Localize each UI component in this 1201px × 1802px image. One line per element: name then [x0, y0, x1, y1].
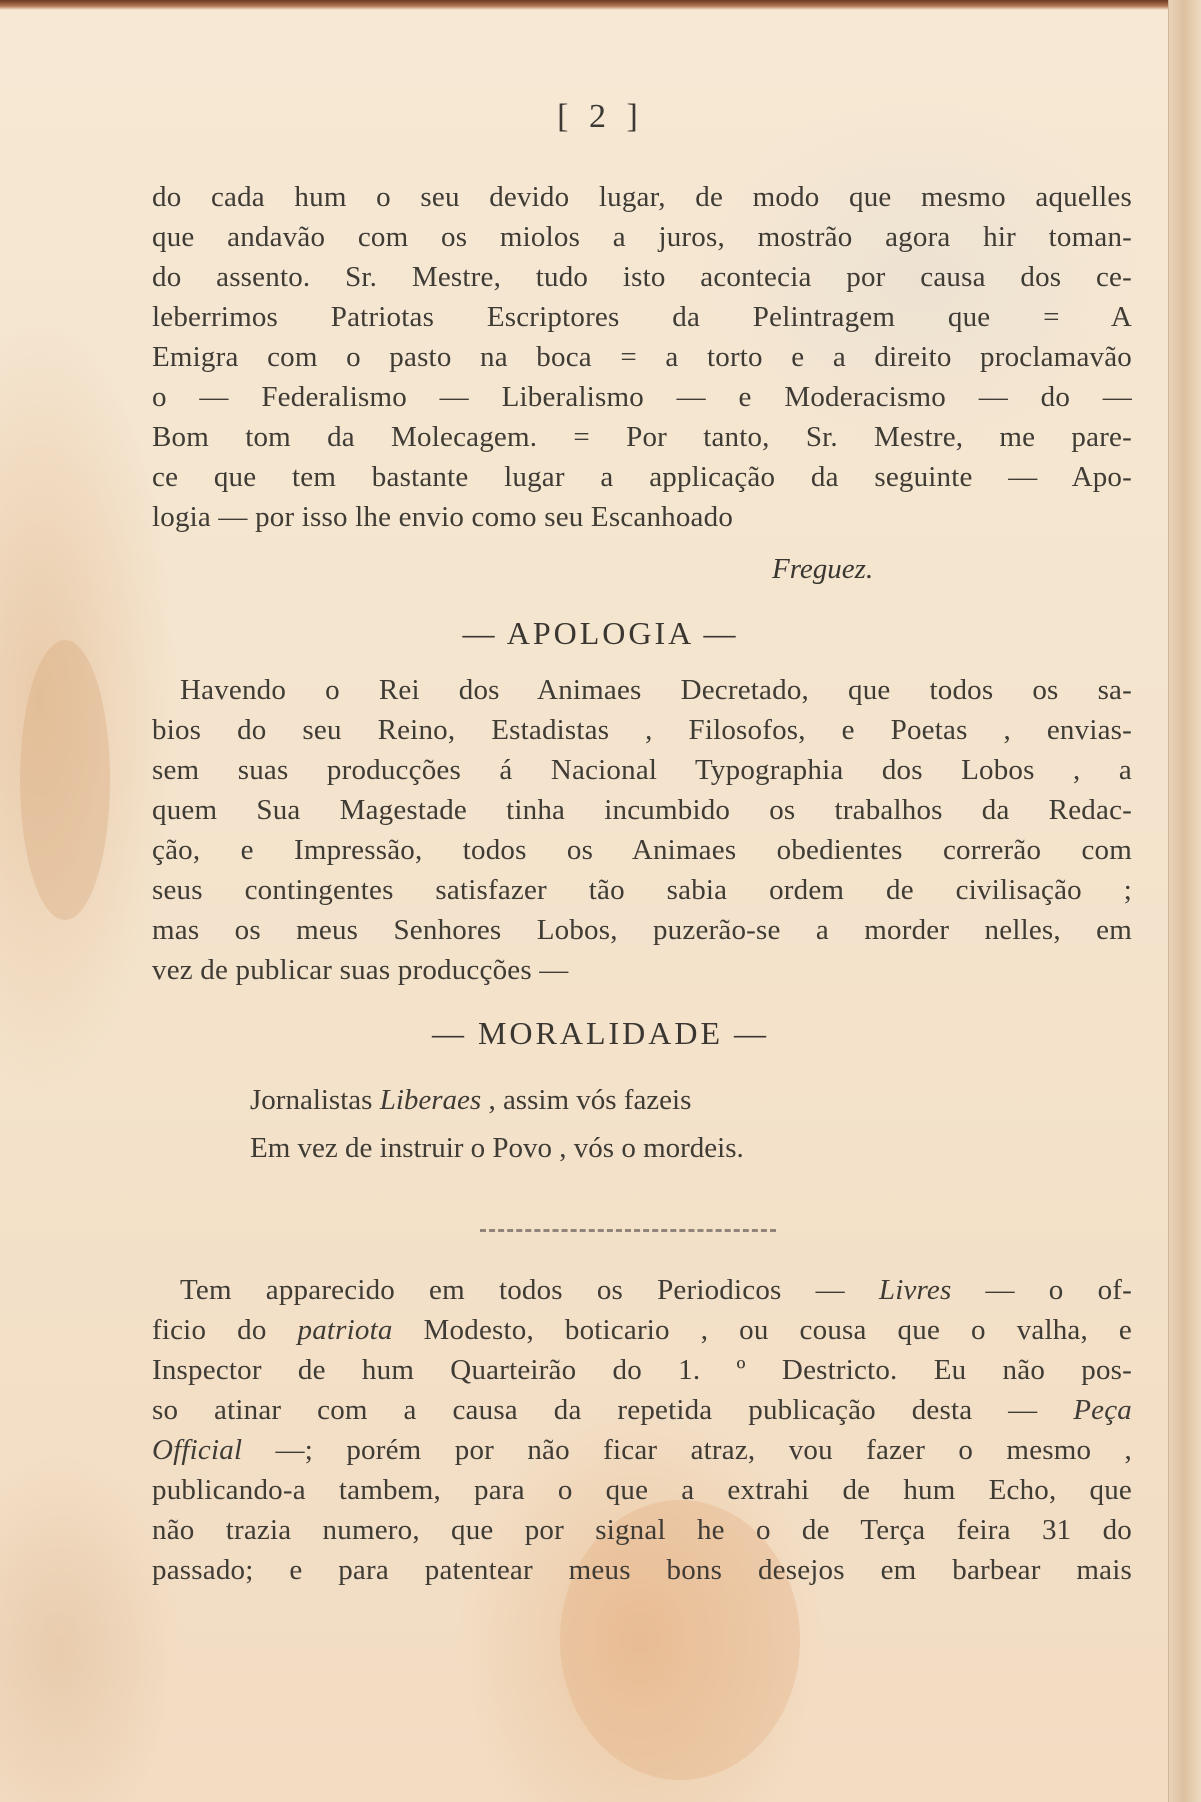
text-line: mas os meus Senhores Lobos, puzerão-se a… [152, 910, 1132, 950]
text-line: do assento. Sr. Mestre, tudo isto aconte… [152, 257, 1132, 297]
text-line: quem Sua Magestade tinha incumbido os tr… [152, 790, 1132, 830]
verse-text: Em vez de instruir o Povo , vós o mordei… [250, 1132, 744, 1164]
text-line: bios do seu Reino, Estadistas , Filosofo… [152, 710, 1132, 750]
text-line: ce que tem bastante lugar a applicação d… [152, 457, 1132, 497]
page-number: [ 2 ] [0, 98, 1201, 136]
text-line: logia — por isso lhe envio como seu Esca… [152, 497, 1132, 537]
text-line: Bom tom da Molecagem. = Por tanto, Sr. M… [152, 417, 1132, 457]
text-line: sem suas producções á Nacional Typograph… [152, 750, 1132, 790]
verse-text: Jornalistas [250, 1084, 380, 1116]
text-line: Inspector de hum Quarteirão do 1. º Dest… [152, 1350, 1132, 1390]
text-line: ficio do patriota Modesto, boticario , o… [152, 1310, 1132, 1350]
text-line: publicando-a tambem, para o que a extrah… [152, 1470, 1132, 1510]
verse-line: Jornalistas Liberaes , assim vós fazeis [250, 1076, 744, 1124]
text-line: leberrimos Patriotas Escriptores da Peli… [152, 297, 1132, 337]
water-stain [20, 640, 110, 920]
text-line: Havendo o Rei dos Animaes Decretado, que… [152, 670, 1132, 710]
apologia-paragraph: Havendo o Rei dos Animaes Decretado, que… [152, 670, 1132, 990]
text-line: Tem apparecido em todos os Periodicos — … [152, 1270, 1132, 1310]
text-line: que andavão com os miolos a juros, mostr… [152, 217, 1132, 257]
text-line: do cada hum o seu devido lugar, de modo … [152, 177, 1132, 217]
text-line: ção, e Impressão, todos os Animaes obedi… [152, 830, 1132, 870]
moral-verse: Jornalistas Liberaes , assim vós fazeis … [250, 1076, 744, 1172]
moralidade-heading: — MORALIDADE — [0, 1015, 1201, 1052]
text-line: so atinar com a causa da repetida public… [152, 1390, 1132, 1430]
text-line: passado; e para patentear meus bons dese… [152, 1550, 1132, 1590]
verse-emphasis: Liberaes [380, 1084, 482, 1116]
text-line: seus contingentes satisfazer tão sabia o… [152, 870, 1132, 910]
book-gutter [1168, 0, 1201, 1802]
text-line: Emigra com o pasto na boca = a torto e a… [152, 337, 1132, 377]
verse-text: , assim vós fazeis [481, 1084, 691, 1116]
final-paragraph: Tem apparecido em todos os Periodicos — … [152, 1270, 1132, 1590]
verse-line: Em vez de instruir o Povo , vós o mordei… [250, 1124, 744, 1172]
signature: Freguez. [772, 553, 873, 586]
apologia-heading: — APOLOGIA — [0, 615, 1201, 652]
text-line: o — Federalismo — Liberalismo — e Modera… [152, 377, 1132, 417]
page-top-edge [0, 0, 1201, 10]
text-line: Official —; porém por não ficar atraz, v… [152, 1430, 1132, 1470]
text-line: vez de publicar suas producções — [152, 950, 1132, 990]
text-line: não trazia numero, que por signal he o d… [152, 1510, 1132, 1550]
letter-paragraph: do cada hum o seu devido lugar, de modo … [152, 177, 1132, 537]
section-divider [480, 1229, 776, 1232]
